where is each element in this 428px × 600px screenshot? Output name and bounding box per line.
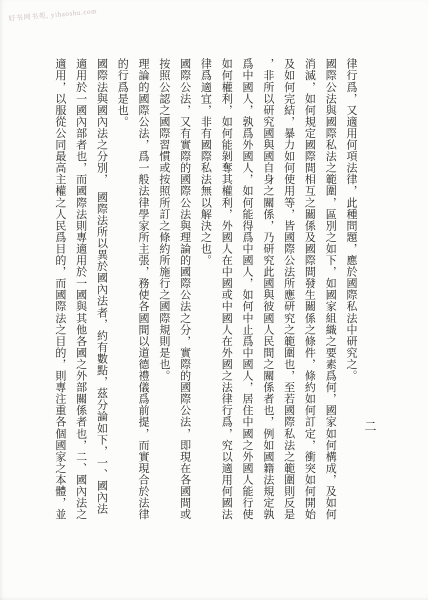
text-column: 理論的國際公法，爲一般法律學家所主張，務使各國間以道德禮儀爲前提，而實現合於法律 (132, 58, 153, 518)
text-column: 如何權利，如何能剝奪其權利，外國人在中國或中國人在外國之法律行爲，究以適用何國法 (215, 58, 236, 518)
text-column: 消滅，如何規定國際間相互之關係及國際間發生關係之條件，條約如何訂定，衝突如何開始 (299, 58, 320, 518)
text-column: 按照公認之國際習慣或按照所訂之條約所施行之國際規則是也。 (153, 58, 174, 518)
folio-page-number: 二 (362, 420, 379, 432)
text-column: 國際公法與國際私法之範圍，區別之如下，如國家組織之要素爲何，國家如何構成，及如何 (319, 58, 340, 518)
watermark-text: 好书网书苑, yihaoshu.com (8, 6, 98, 24)
text-column: 爲中國人，孰爲外國人，如何能得爲中國人，如何中止爲中國人，居住中國之外國人能行使 (236, 58, 257, 518)
text-column: 國際公法，又有實際的國際公法與理論的國際公法之分，實際的國際公法，即現在各國間或 (174, 58, 195, 518)
text-column: 國際法與國內法之分別， 國際法所以異於國內法者，約有數點，茲分論如下，一、國內法 (91, 58, 112, 518)
text-block: 律行爲，又適用何項法律，此種問題，應於國際私法中研究之。 國際公法與國際私法之範… (49, 58, 361, 518)
text-column: 適用，以服從公同最高主權之人民爲目的，而國際法之目的，則專注重各個國家之本體，並 (49, 58, 70, 518)
text-column: 律爲適宜，非有國際私法無以解決之也。 (195, 58, 216, 518)
text-column: 適用於一國內部者也，而國際法則專適用於一國與其他各國之外部關係者也，二、國內法之 (70, 58, 91, 518)
text-column: ，非所以研究國與國自身之關係，乃研究此國與彼國人民間之關係者也，例如國籍法規定孰 (257, 58, 278, 518)
book-page: 好书网书苑, yihaoshu.com 律行爲，又適用何項法律，此種問題，應於國… (0, 0, 428, 600)
text-column: 及如何完結，暴力如何使用等，皆國際公法所應研究之範圍也，至若國際私法之範圍則反是 (278, 58, 299, 518)
text-column: 律行爲，又適用何項法律，此種問題，應於國際私法中研究之。 (340, 58, 361, 518)
text-column: 的行爲是也。 (111, 58, 132, 518)
